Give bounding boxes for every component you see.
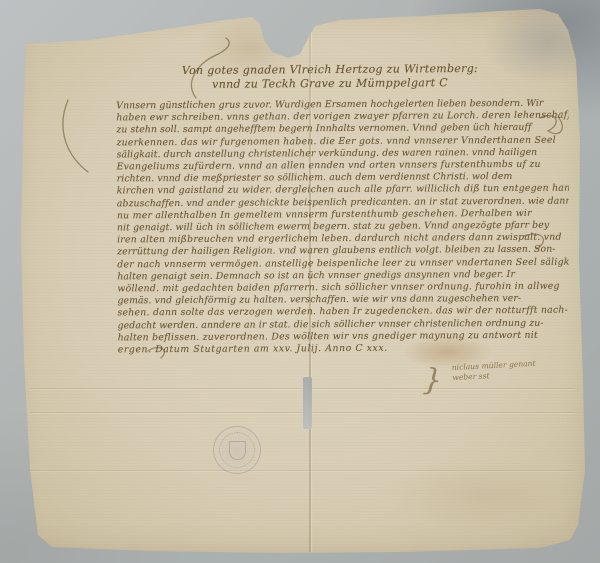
letter-body: Vnnsern günstlichen grus zuvor. Wurdigen… <box>116 98 570 357</box>
manuscript-page: Von gotes gnaden Vlreich Hertzog zu Wirt… <box>0 0 600 563</box>
letter-heading: Von gotes gnaden Vlreich Hertzog zu Wirt… <box>170 62 490 91</box>
archive-stamp-seal <box>213 426 261 474</box>
left-margin-swash <box>63 100 88 172</box>
curly-brace-mark: } <box>422 362 443 398</box>
stamp-shield-icon <box>229 441 246 460</box>
secretary-note: niclaus müller genant weber sst <box>452 357 573 383</box>
horizontal-fold-crease <box>30 470 575 471</box>
manuscript-line: ergen. Datum Stutgarten am xxv. Julij. A… <box>118 342 570 357</box>
heading-line: vnnd zu Teckh Grave zu Mümppelgart C <box>170 75 490 91</box>
paper-repair-strip <box>303 377 312 429</box>
photo-background: Von gotes gnaden Vlreich Hertzog zu Wirt… <box>0 0 600 563</box>
